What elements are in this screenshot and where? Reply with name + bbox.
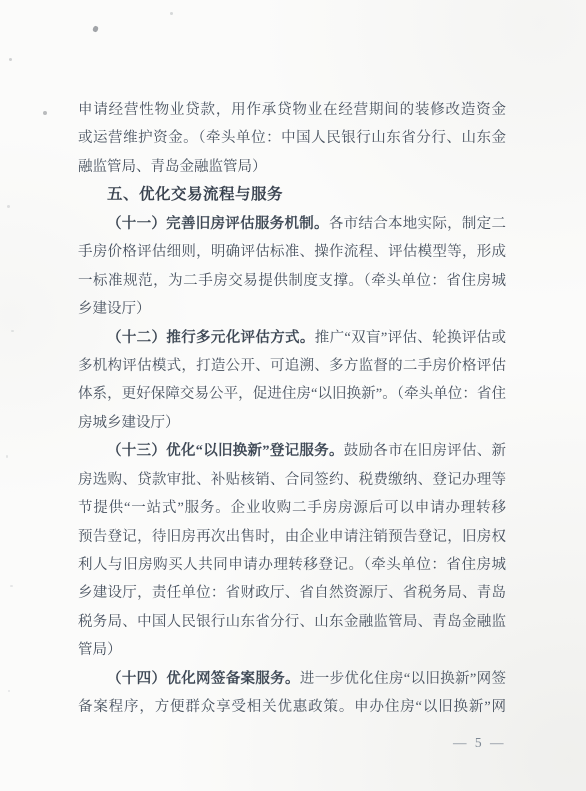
scan-speck — [170, 12, 173, 15]
text-line: 乡建设厅，责任单位：省财政厅、省自然资源厅、省税务局、青岛市 — [78, 579, 506, 607]
text-run: 进一步优化住房“以旧换新”网签 — [300, 671, 506, 687]
text-line: 预告登记，待旧房再次出售时，由企业申请注销预告登记，旧房权 — [78, 523, 506, 551]
scan-speck — [9, 58, 12, 61]
section-heading-five: 五、优化交易流程与服务 — [78, 181, 506, 209]
text-run: 节提供“一站式”服务。企业收购二手房房源后可以申请办理转移 — [78, 500, 506, 516]
text-run: 手房价格评估细则，明确评估标准、操作流程、评估模型等，形成统 — [78, 244, 506, 266]
paragraph-item-12-diversified-appraisal: （十二）推行多元化评估方式。推广“双盲”评估、轮换评估或多机构评估模式，打造公开… — [78, 324, 506, 438]
text-line: 房城乡建设厅） — [78, 409, 506, 437]
scan-speck — [6, 455, 8, 458]
text-line: 税务局、中国人民银行山东省分行、山东金融监管局、青岛金融监 — [78, 608, 506, 636]
scan-speck — [7, 205, 10, 208]
page-number: — 5 — — [78, 735, 506, 751]
text-line: （十三）优化“以旧换新”登记服务。鼓励各市在旧房评估、新 — [78, 437, 506, 465]
text-run: 鼓励各市在旧房评估、新 — [344, 443, 506, 459]
text-line: （十四）优化网签备案服务。进一步优化住房“以旧换新”网签 — [78, 665, 506, 693]
scan-speck — [92, 25, 99, 32]
scan-speck — [43, 111, 47, 115]
paragraph-item-13-registration-service: （十三）优化“以旧换新”登记服务。鼓励各市在旧房评估、新房选购、贷款审批、补贴核… — [78, 437, 506, 665]
text-run: 融监管局、青岛金融监管局） — [78, 159, 267, 175]
text-run: 多机构评估模式，打造公开、可追溯、多方监督的二手房价格评估 — [78, 358, 506, 374]
text-line: 利人与旧房购买人共同申请办理转移登记。（牵头单位：省住房城 — [78, 551, 506, 579]
text-line: 申请经营性物业贷款，用作承贷物业在经营期间的装修改造资金 — [78, 96, 506, 124]
text-line: 手房价格评估细则，明确评估标准、操作流程、评估模型等，形成统 — [78, 238, 506, 266]
text-line: 体系，更好保障交易公平，促进住房“以旧换新”。（牵头单位：省住 — [78, 380, 506, 408]
bold-text-run: （十二）推行多元化评估方式。 — [107, 330, 315, 346]
text-line: 乡建设厅） — [78, 295, 506, 323]
text-run: 体系，更好保障交易公平，促进住房“以旧换新”。（牵头单位：省住 — [78, 386, 506, 402]
text-column: 申请经营性物业贷款，用作承贷物业在经营期间的装修改造资金或运营维护资金。（牵头单… — [78, 96, 506, 722]
bold-text-run: （十四）优化网签备案服务。 — [107, 671, 300, 687]
text-line: 或运营维护资金。（牵头单位：中国人民银行山东省分行、山东金 — [78, 124, 506, 152]
scan-speck — [8, 690, 10, 692]
text-run: 或运营维护资金。（牵头单位：中国人民银行山东省分行、山东金 — [78, 130, 506, 146]
text-run: 管局） — [78, 642, 122, 658]
text-line: 一标准规范，为二手房交易提供制度支撑。（牵头单位：省住房城 — [78, 267, 506, 295]
text-line: 备案程序，方便群众享受相关优惠政策。申办住房“以旧换新”网 — [78, 693, 506, 721]
scanned-document-page: 申请经营性物业贷款，用作承贷物业在经营期间的装修改造资金或运营维护资金。（牵头单… — [0, 0, 586, 791]
scan-speck — [10, 585, 13, 587]
paragraph-item-11-appraisal-mechanism: （十一）完善旧房评估服务机制。各市结合本地实际，制定二手房价格评估细则，明确评估… — [78, 210, 506, 324]
text-run: 一标准规范，为二手房交易提供制度支撑。（牵头单位：省住房城 — [78, 273, 506, 289]
scan-speck — [11, 330, 14, 332]
bold-text-run: （十三）优化“以旧换新”登记服务。 — [107, 443, 344, 459]
text-run: 备案程序，方便群众享受相关优惠政策。申办住房“以旧换新”网 — [78, 699, 506, 715]
paragraph-operating-property-loan: 申请经营性物业贷款，用作承贷物业在经营期间的装修改造资金或运营维护资金。（牵头单… — [78, 96, 506, 181]
text-line: 节提供“一站式”服务。企业收购二手房房源后可以申请办理转移 — [78, 494, 506, 522]
text-line: 管局） — [78, 636, 506, 664]
text-run: 推广“双盲”评估、轮换评估或 — [315, 330, 506, 346]
text-line: 五、优化交易流程与服务 — [78, 181, 506, 209]
bold-text-run: 五、优化交易流程与服务 — [107, 186, 283, 203]
text-line: 多机构评估模式，打造公开、可追溯、多方监督的二手房价格评估 — [78, 352, 506, 380]
text-line: 房选购、贷款审批、补贴核销、合同签约、税费缴纳、登记办理等环 — [78, 466, 506, 494]
text-run: 房选购、贷款审批、补贴核销、合同签约、税费缴纳、登记办理等环 — [78, 472, 506, 494]
text-run: 乡建设厅） — [78, 301, 151, 317]
text-line: （十二）推行多元化评估方式。推广“双盲”评估、轮换评估或 — [78, 324, 506, 352]
text-run: 预告登记，待旧房再次出售时，由企业申请注销预告登记，旧房权 — [78, 529, 506, 545]
text-run: 税务局、中国人民银行山东省分行、山东金融监管局、青岛金融监 — [78, 614, 506, 630]
text-line: 融监管局、青岛金融监管局） — [78, 153, 506, 181]
bold-text-run: （十一）完善旧房评估服务机制。 — [107, 216, 329, 232]
text-run: 利人与旧房购买人共同申请办理转移登记。（牵头单位：省住房城 — [78, 557, 506, 573]
paragraph-item-14-online-signing: （十四）优化网签备案服务。进一步优化住房“以旧换新”网签备案程序，方便群众享受相… — [78, 665, 506, 722]
text-run: 各市结合本地实际，制定二 — [329, 216, 506, 232]
text-line: （十一）完善旧房评估服务机制。各市结合本地实际，制定二 — [78, 210, 506, 238]
text-run: 乡建设厅，责任单位：省财政厅、省自然资源厅、省税务局、青岛市 — [78, 585, 506, 607]
text-run: 申请经营性物业贷款，用作承贷物业在经营期间的装修改造资金 — [78, 102, 506, 118]
text-run: 房城乡建设厅） — [78, 415, 180, 431]
